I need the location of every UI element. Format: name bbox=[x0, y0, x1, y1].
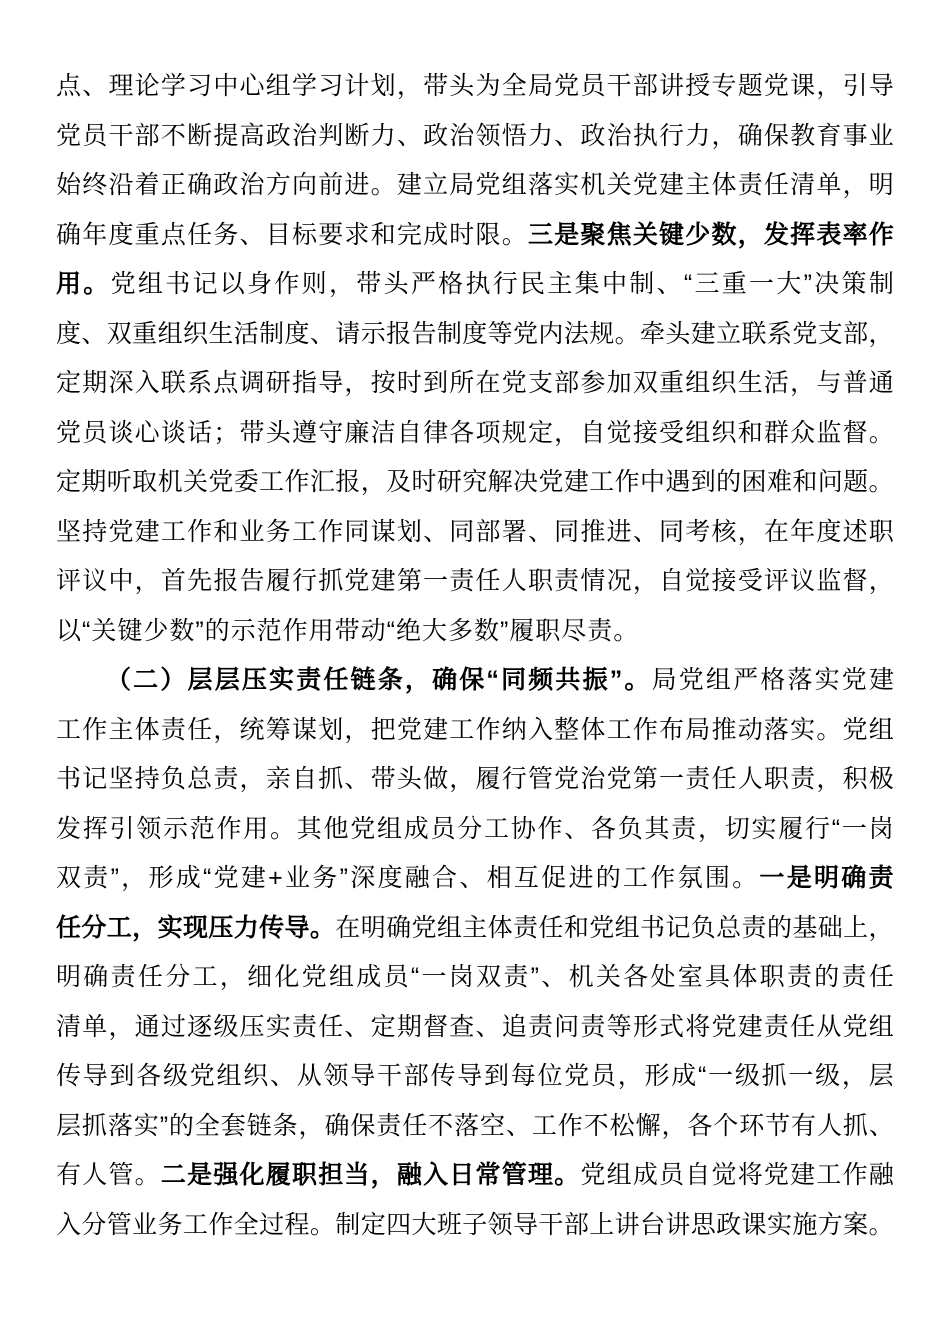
text-line: 坚持党建工作和业务工作同谋划、同部署、同推进、同考核，在年度述职 bbox=[56, 508, 894, 558]
text-line: 层抓落实”的全套链条，确保责任不落空、工作不松懈，各个环节有人抓、 bbox=[56, 1102, 894, 1152]
text-line: 清单，通过逐级压实责任、定期督查、追责问责等形式将党建责任从党组 bbox=[56, 1003, 894, 1053]
text-line: 双责”，形成“党建+业务”深度融合、相互促进的工作氛围。一是明确责 bbox=[56, 854, 894, 904]
document-page: 点、理论学习中心组学习计划，带头为全局党员干部讲授专题党课，引导党员干部不断提高… bbox=[0, 0, 950, 1344]
text-line: 任分工，实现压力传导。在明确党组主体责任和党组书记负总责的基础上， bbox=[56, 904, 894, 954]
text-line: 入分管业务工作全过程。制定四大班子领导干部上讲台讲思政课实施方案。 bbox=[56, 1201, 894, 1251]
text-line: 确年度重点任务、目标要求和完成时限。三是聚焦关键少数，发挥表率作 bbox=[56, 211, 894, 261]
text-line: （二）层层压实责任链条，确保“同频共振”。局党组严格落实党建 bbox=[56, 656, 894, 706]
text-line: 定期听取机关党委工作汇报，及时研究解决党建工作中遇到的困难和问题。 bbox=[56, 458, 894, 508]
text-line: 以“关键少数”的示范作用带动“绝大多数”履职尽责。 bbox=[56, 607, 894, 657]
text-line: 书记坚持负总责，亲自抓、带头做，履行管党治党第一责任人职责，积极 bbox=[56, 755, 894, 805]
text-line: 度、双重组织生活制度、请示报告制度等党内法规。牵头建立联系党支部， bbox=[56, 310, 894, 360]
text-line: 有人管。二是强化履职担当，融入日常管理。党组成员自觉将党建工作融 bbox=[56, 1151, 894, 1201]
text-line: 党员干部不断提高政治判断力、政治领悟力、政治执行力，确保教育事业 bbox=[56, 112, 894, 162]
text-line: 明确责任分工，细化党组成员“一岗双责”、机关各处室具体职责的责任 bbox=[56, 953, 894, 1003]
document-body: 点、理论学习中心组学习计划，带头为全局党员干部讲授专题党课，引导党员干部不断提高… bbox=[56, 62, 894, 1250]
paragraph-2: （二）层层压实责任链条，确保“同频共振”。局党组严格落实党建工作主体责任，统筹谋… bbox=[56, 656, 894, 1250]
text-line: 用。党组书记以身作则，带头严格执行民主集中制、“三重一大”决策制 bbox=[56, 260, 894, 310]
text-line: 工作主体责任，统筹谋划，把党建工作纳入整体工作布局推动落实。党组 bbox=[56, 706, 894, 756]
text-line: 发挥引领示范作用。其他党组成员分工协作、各负其责，切实履行“一岗 bbox=[56, 805, 894, 855]
text-line: 评议中，首先报告履行抓党建第一责任人职责情况，自觉接受评议监督， bbox=[56, 557, 894, 607]
text-line: 传导到各级党组织、从领导干部传导到每位党员，形成“一级抓一级，层 bbox=[56, 1052, 894, 1102]
text-line: 定期深入联系点调研指导，按时到所在党支部参加双重组织生活，与普通 bbox=[56, 359, 894, 409]
text-line: 党员谈心谈话；带头遵守廉洁自律各项规定，自觉接受组织和群众监督。 bbox=[56, 409, 894, 459]
text-line: 始终沿着正确政治方向前进。建立局党组落实机关党建主体责任清单，明 bbox=[56, 161, 894, 211]
paragraph-1: 点、理论学习中心组学习计划，带头为全局党员干部讲授专题党课，引导党员干部不断提高… bbox=[56, 62, 894, 656]
text-line: 点、理论学习中心组学习计划，带头为全局党员干部讲授专题党课，引导 bbox=[56, 62, 894, 112]
